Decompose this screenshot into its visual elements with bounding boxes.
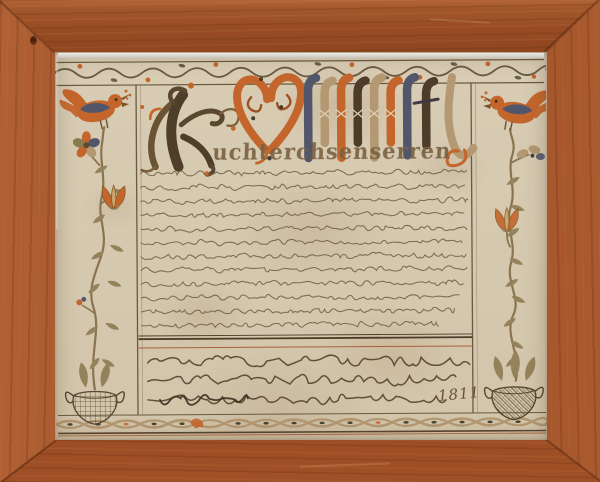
glass-reflection xyxy=(58,53,544,58)
left-bud-icon xyxy=(76,297,86,305)
glass-reflection xyxy=(56,54,59,229)
script-line xyxy=(141,211,464,218)
script-line xyxy=(141,197,468,205)
left-flowerpot-icon xyxy=(66,391,125,424)
left-column-decoration xyxy=(60,89,134,425)
script-line xyxy=(141,252,466,260)
script-line xyxy=(141,238,462,246)
script-line xyxy=(141,265,467,273)
right-flowerpot-icon xyxy=(485,387,544,420)
section-divider xyxy=(139,334,473,348)
wood-knot xyxy=(30,36,37,45)
border-flourish xyxy=(190,419,203,429)
left-flower-icon xyxy=(72,131,102,159)
left-tulip-icon xyxy=(102,185,125,210)
script-line xyxy=(141,182,465,191)
fraktur-drawing xyxy=(55,52,547,440)
script-line xyxy=(141,321,438,328)
frame-opening: uchterchsenserren 1811 xyxy=(55,52,547,440)
right-column-decoration xyxy=(481,90,547,420)
fraktur-artwork: uchterchsenserren 1811 xyxy=(55,52,547,440)
bottom-zigzag-border xyxy=(56,412,547,436)
script-line xyxy=(141,307,454,315)
right-flower-icon xyxy=(515,144,545,160)
body-script-block xyxy=(141,169,469,328)
script-line xyxy=(141,225,467,233)
heading-script-line: uchterchsenserren xyxy=(212,136,481,170)
framed-fraktur-photo: uchterchsenserren 1811 xyxy=(0,0,600,482)
right-tulip-icon xyxy=(495,208,518,233)
alphabet-script-block xyxy=(148,354,470,405)
fraktur-sheet: uchterchsenserren 1811 xyxy=(55,52,547,440)
script-line xyxy=(148,354,470,367)
script-line xyxy=(141,169,467,177)
script-line xyxy=(141,293,459,301)
script-line xyxy=(148,374,456,388)
script-line xyxy=(141,279,463,287)
left-bird-icon xyxy=(60,89,132,130)
script-line xyxy=(148,393,446,405)
right-bird-icon xyxy=(481,90,547,131)
